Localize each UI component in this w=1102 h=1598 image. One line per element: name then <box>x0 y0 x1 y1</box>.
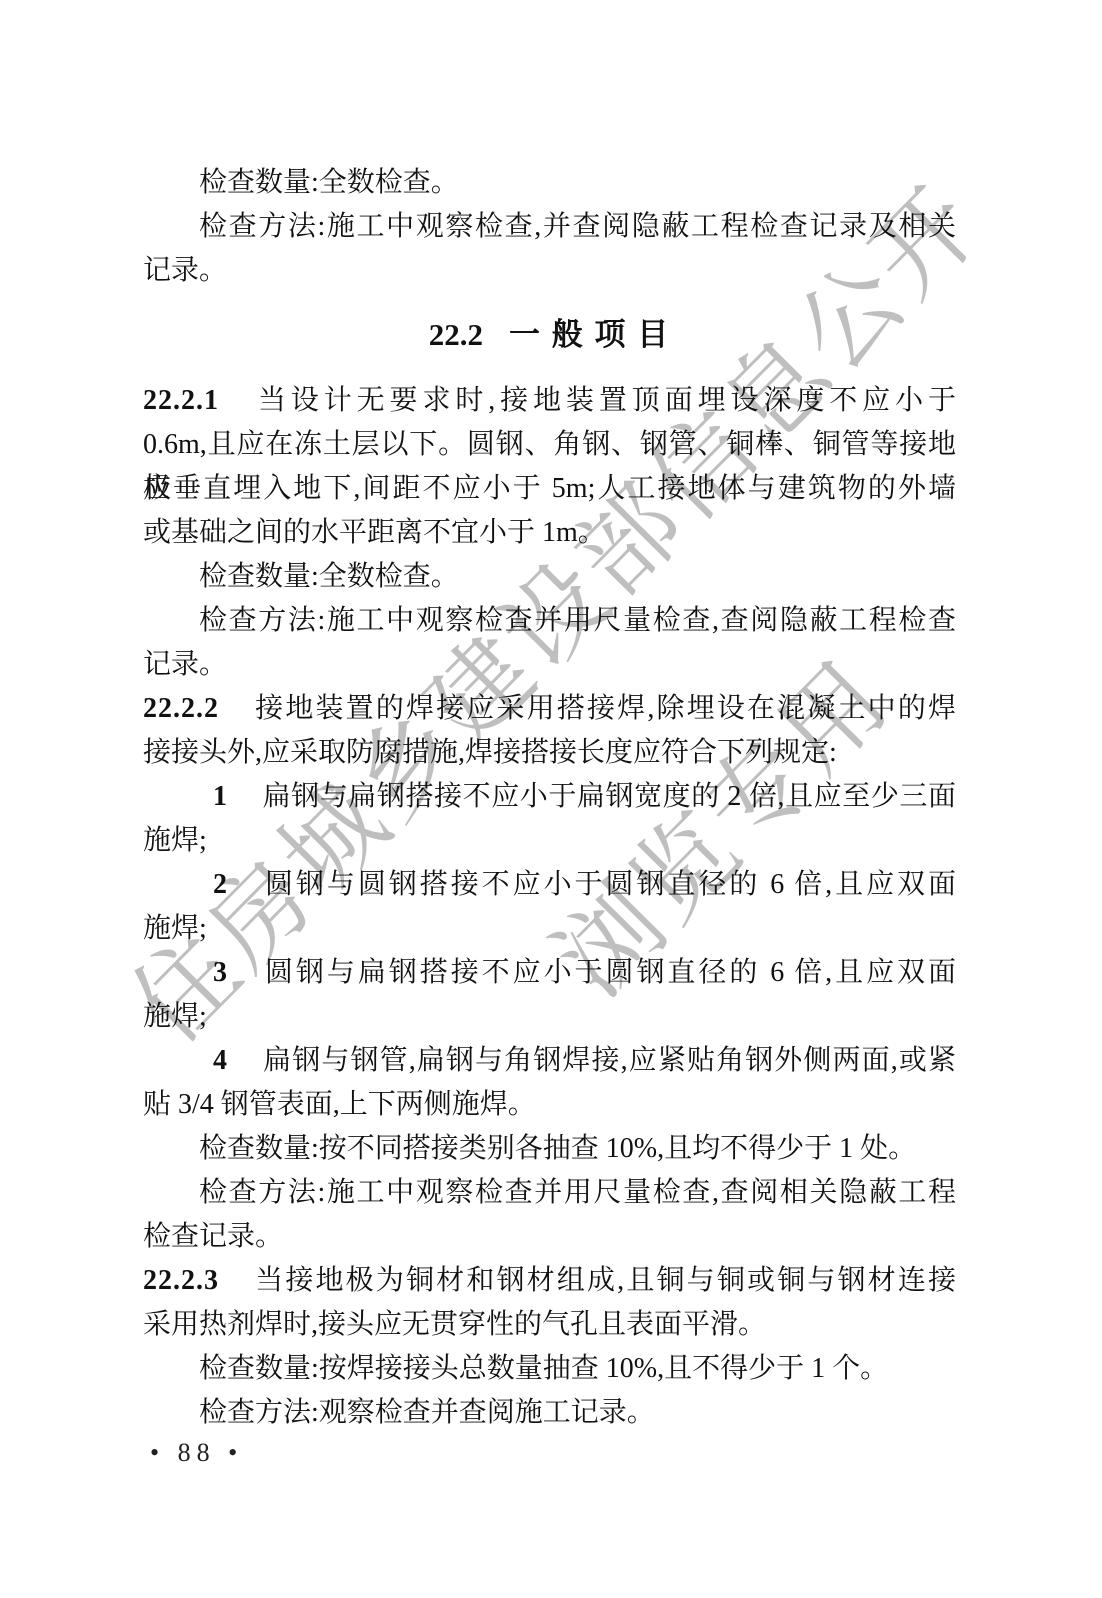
text-line: 施焊; <box>143 995 956 1039</box>
item-number: 22.2.1 <box>143 385 219 416</box>
line-text: 接接头外,应采取防腐措施,焊接搭接长度应符合下列规定: <box>143 737 837 768</box>
text-line: 接接头外,应采取防腐措施,焊接搭接长度应符合下列规定: <box>143 731 956 775</box>
line-text: 记录。 <box>143 649 227 680</box>
item-number: 4 <box>213 1045 228 1076</box>
text-line: 贴 3/4 钢管表面,上下两侧施焊。 <box>143 1083 956 1127</box>
line-text: 贴 3/4 钢管表面,上下两侧施焊。 <box>143 1089 536 1120</box>
line-text: 检查记录。 <box>143 1221 283 1252</box>
text-line: 检查数量:全数检查。 <box>143 161 956 205</box>
line-text: 圆钢与圆钢搭接不应小于圆钢直径的 6 倍,且应双面 <box>262 869 956 900</box>
text-line: 4扁钢与钢管,扁钢与角钢焊接,应紧贴角钢外侧两面,或紧 <box>143 1039 956 1083</box>
line-text: 接地装置的焊接应采用搭接焊,除埋设在混凝土中的焊 <box>253 693 956 724</box>
line-text: 当设计无要求时,接地装置顶面埋设深度不应小于 <box>253 385 956 416</box>
line-text: 施焊; <box>143 825 207 856</box>
heading-number: 22.2 <box>429 317 483 352</box>
heading-title: 一 般 项 目 <box>509 317 670 352</box>
line-text: 应垂直埋入地下,间距不应小于 5m;人工接地体与建筑物的外墙 <box>143 473 956 504</box>
line-text: 记录。 <box>143 255 227 286</box>
line-text: 检查数量:按焊接接头总数量抽查 10%,且不得少于 1 个。 <box>199 1353 888 1384</box>
text-line: 记录。 <box>143 643 956 687</box>
item-number: 22.2.2 <box>143 693 219 724</box>
text-line: 22.2.3当接地极为铜材和钢材组成,且铜与铜或铜与钢材连接 <box>143 1259 956 1303</box>
text-line: 施焊; <box>143 819 956 863</box>
line-text: 或基础之间的水平距离不宜小于 1m。 <box>143 517 606 548</box>
text-line: 检查记录。 <box>143 1215 956 1259</box>
text-line: 检查数量:全数检查。 <box>143 555 956 599</box>
line-text: 检查方法:观察检查并查阅施工记录。 <box>199 1397 655 1428</box>
text-line: 检查方法:观察检查并查阅施工记录。 <box>143 1391 956 1435</box>
line-text: 检查方法:施工中观察检查并用尺量检查,查阅隐蔽工程检查 <box>199 605 956 636</box>
item-number: 2 <box>213 869 228 900</box>
item-number: 3 <box>213 957 228 988</box>
text-line: 检查数量:按不同搭接类别各抽查 10%,且均不得少于 1 处。 <box>143 1127 956 1171</box>
text-line: 应垂直埋入地下,间距不应小于 5m;人工接地体与建筑物的外墙 <box>143 467 956 511</box>
text-line: 检查方法:施工中观察检查并用尺量检查,查阅相关隐蔽工程 <box>143 1171 956 1215</box>
text-line: 检查方法:施工中观察检查并用尺量检查,查阅隐蔽工程检查 <box>143 599 956 643</box>
text-line: 或基础之间的水平距离不宜小于 1m。 <box>143 511 956 555</box>
line-text: 扁钢与扁钢搭接不应小于扁钢宽度的 2 倍,且应至少三面 <box>262 781 956 812</box>
line-text: 检查方法:施工中观察检查并用尺量检查,查阅相关隐蔽工程 <box>199 1177 956 1208</box>
line-text: 圆钢与扁钢搭接不应小于圆钢直径的 6 倍,且应双面 <box>262 957 956 988</box>
text-line: 3圆钢与扁钢搭接不应小于圆钢直径的 6 倍,且应双面 <box>143 951 956 995</box>
line-text: 施焊; <box>143 1001 207 1032</box>
text-line: 采用热剂焊时,接头应无贯穿性的气孔且表面平滑。 <box>143 1303 956 1347</box>
text-line: 0.6m,且应在冻土层以下。圆钢、角钢、钢管、铜棒、铜管等接地极 <box>143 423 956 467</box>
text-line: 检查数量:按焊接接头总数量抽查 10%,且不得少于 1 个。 <box>143 1347 956 1391</box>
line-text: 检查数量:按不同搭接类别各抽查 10%,且均不得少于 1 处。 <box>199 1133 916 1164</box>
text-line: 检查方法:施工中观察检查,并查阅隐蔽工程检查记录及相关 <box>143 205 956 249</box>
text-line: 22.2.1当设计无要求时,接地装置顶面埋设深度不应小于 <box>143 379 956 423</box>
text-line: 施焊; <box>143 907 956 951</box>
page-number: • 88 • <box>150 1438 243 1468</box>
scanned-document-page: 住房城乡建设部信息公开 浏览专用 检查数量:全数检查。检查方法:施工中观察检查,… <box>0 0 1102 1598</box>
item-number: 22.2.3 <box>143 1265 219 1296</box>
line-text: 检查数量:全数检查。 <box>199 167 459 198</box>
line-text: 检查方法:施工中观察检查,并查阅隐蔽工程检查记录及相关 <box>199 211 956 242</box>
line-text: 扁钢与钢管,扁钢与角钢焊接,应紧贴角钢外侧两面,或紧 <box>262 1045 956 1076</box>
line-text: 采用热剂焊时,接头应无贯穿性的气孔且表面平滑。 <box>143 1309 766 1340</box>
text-line: 记录。 <box>143 249 956 293</box>
document-lines: 检查数量:全数检查。检查方法:施工中观察检查,并查阅隐蔽工程检查记录及相关记录。… <box>143 161 956 1435</box>
text-line: 2圆钢与圆钢搭接不应小于圆钢直径的 6 倍,且应双面 <box>143 863 956 907</box>
item-number: 1 <box>213 781 228 812</box>
text-line: 1扁钢与扁钢搭接不应小于扁钢宽度的 2 倍,且应至少三面 <box>143 775 956 819</box>
text-line: 22.2.2接地装置的焊接应采用搭接焊,除埋设在混凝土中的焊 <box>143 687 956 731</box>
section-heading: 22.2一 般 项 目 <box>143 309 956 361</box>
line-text: 施焊; <box>143 913 207 944</box>
line-text: 当接地极为铜材和钢材组成,且铜与铜或铜与钢材连接 <box>253 1265 956 1296</box>
line-text: 检查数量:全数检查。 <box>199 561 459 592</box>
